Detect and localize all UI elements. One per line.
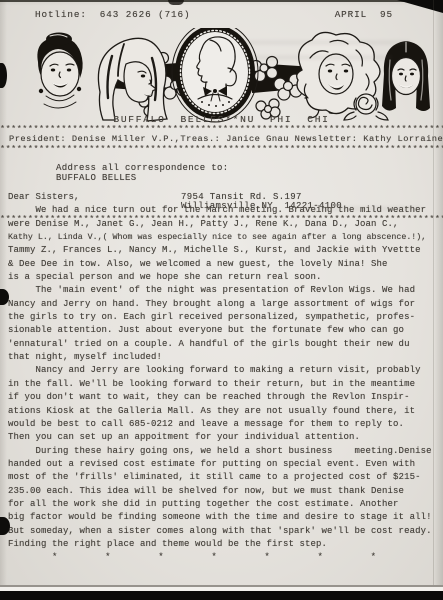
letter-line: Nancy and Jerry on hand. They brought al… (8, 298, 441, 311)
separator-row: ****************************************… (0, 125, 443, 133)
letter-line: sionable attention. Just about everyone … (8, 324, 441, 337)
face-dark-straight-hair-icon (382, 41, 430, 111)
hotline-label: Hotline: 643 2626 (716) (35, 9, 191, 20)
letter-line: During these hairy going ons, we held a … (8, 445, 441, 458)
separator-row: ****************************************… (0, 145, 443, 153)
letter-line: & Dee Dee in tow. Also, we welcomed a ne… (8, 258, 441, 271)
footer-asterisks: * * * * * * * (52, 551, 441, 564)
letter-line: 'ennatural' tried on a couple. A handful… (8, 338, 441, 351)
bleed-through-artifact (300, 206, 420, 211)
officers-line: President: Denise Miller V.P.,Treas.: Ja… (0, 134, 443, 144)
face-updo-icon (37, 33, 82, 109)
letter-line: would be best to call 685-0212 and leave… (8, 418, 441, 431)
scan-edge-bottom (0, 591, 443, 600)
scanned-newsletter-page: Hotline: 643 2626 (716) APRIL 95 (0, 0, 443, 600)
letter-line: handed out a revised cost estimate for p… (8, 458, 441, 471)
bleed-through-artifact (252, 55, 392, 60)
scan-edge-top (0, 0, 443, 2)
letter-line: in the fall. We'll be looking forward to… (8, 378, 441, 391)
letter-line: that night, myself included! (8, 351, 441, 364)
letter-line: Nancy and Jerry are looking forward to m… (8, 364, 441, 377)
letter-line: Then you can set up an appoitment for yo… (8, 431, 441, 444)
letter-line: the girls to try on. Each girl received … (8, 311, 441, 324)
bleed-through-artifact (240, 40, 410, 45)
newsletter-title: BUFFALO BELLES**NU PHI CHI (0, 114, 443, 125)
letter-line: The 'main event' of the night was presen… (8, 284, 441, 297)
salutation: Dear Sisters, (8, 191, 441, 204)
letter-line: But someday, when a sister comes along w… (8, 525, 441, 538)
letter-line: big factor would be finding someone with… (8, 511, 441, 524)
paper-crease-line (433, 0, 434, 586)
letter-line: ations Kiosk at the Galleria Mall. As th… (8, 405, 441, 418)
scan-edge-artifact (168, 0, 184, 5)
letter-line: is a special person and we hope she can … (8, 271, 441, 284)
address-org: BUFFALO BELLES (56, 173, 137, 183)
letter-line: most of the 'frills' eliminated, it stil… (8, 471, 441, 484)
letter-line: Tammy Z., Frances L., Nancy M., Michelle… (8, 244, 441, 257)
letter-line: Finding the right place and theme would … (8, 538, 441, 551)
page-header-row: Hotline: 643 2626 (716) APRIL 95 (0, 9, 443, 20)
letter-line: for all the work she did in putting toge… (8, 498, 441, 511)
letter-line: 235.00 each. This idea will be shelved f… (8, 485, 441, 498)
letter-line: were Denise M., Janet G., Jean H., Patty… (8, 218, 441, 231)
face-long-hair-icon (98, 38, 167, 121)
letter-line: Kathy L., Linda V.,( Whom was especially… (8, 231, 441, 244)
issue-date: APRIL 95 (335, 9, 393, 20)
letter-line: if you don't want to wait, they can be r… (8, 391, 441, 404)
letter-body: Dear Sisters, We had a nice turn out for… (8, 191, 441, 565)
